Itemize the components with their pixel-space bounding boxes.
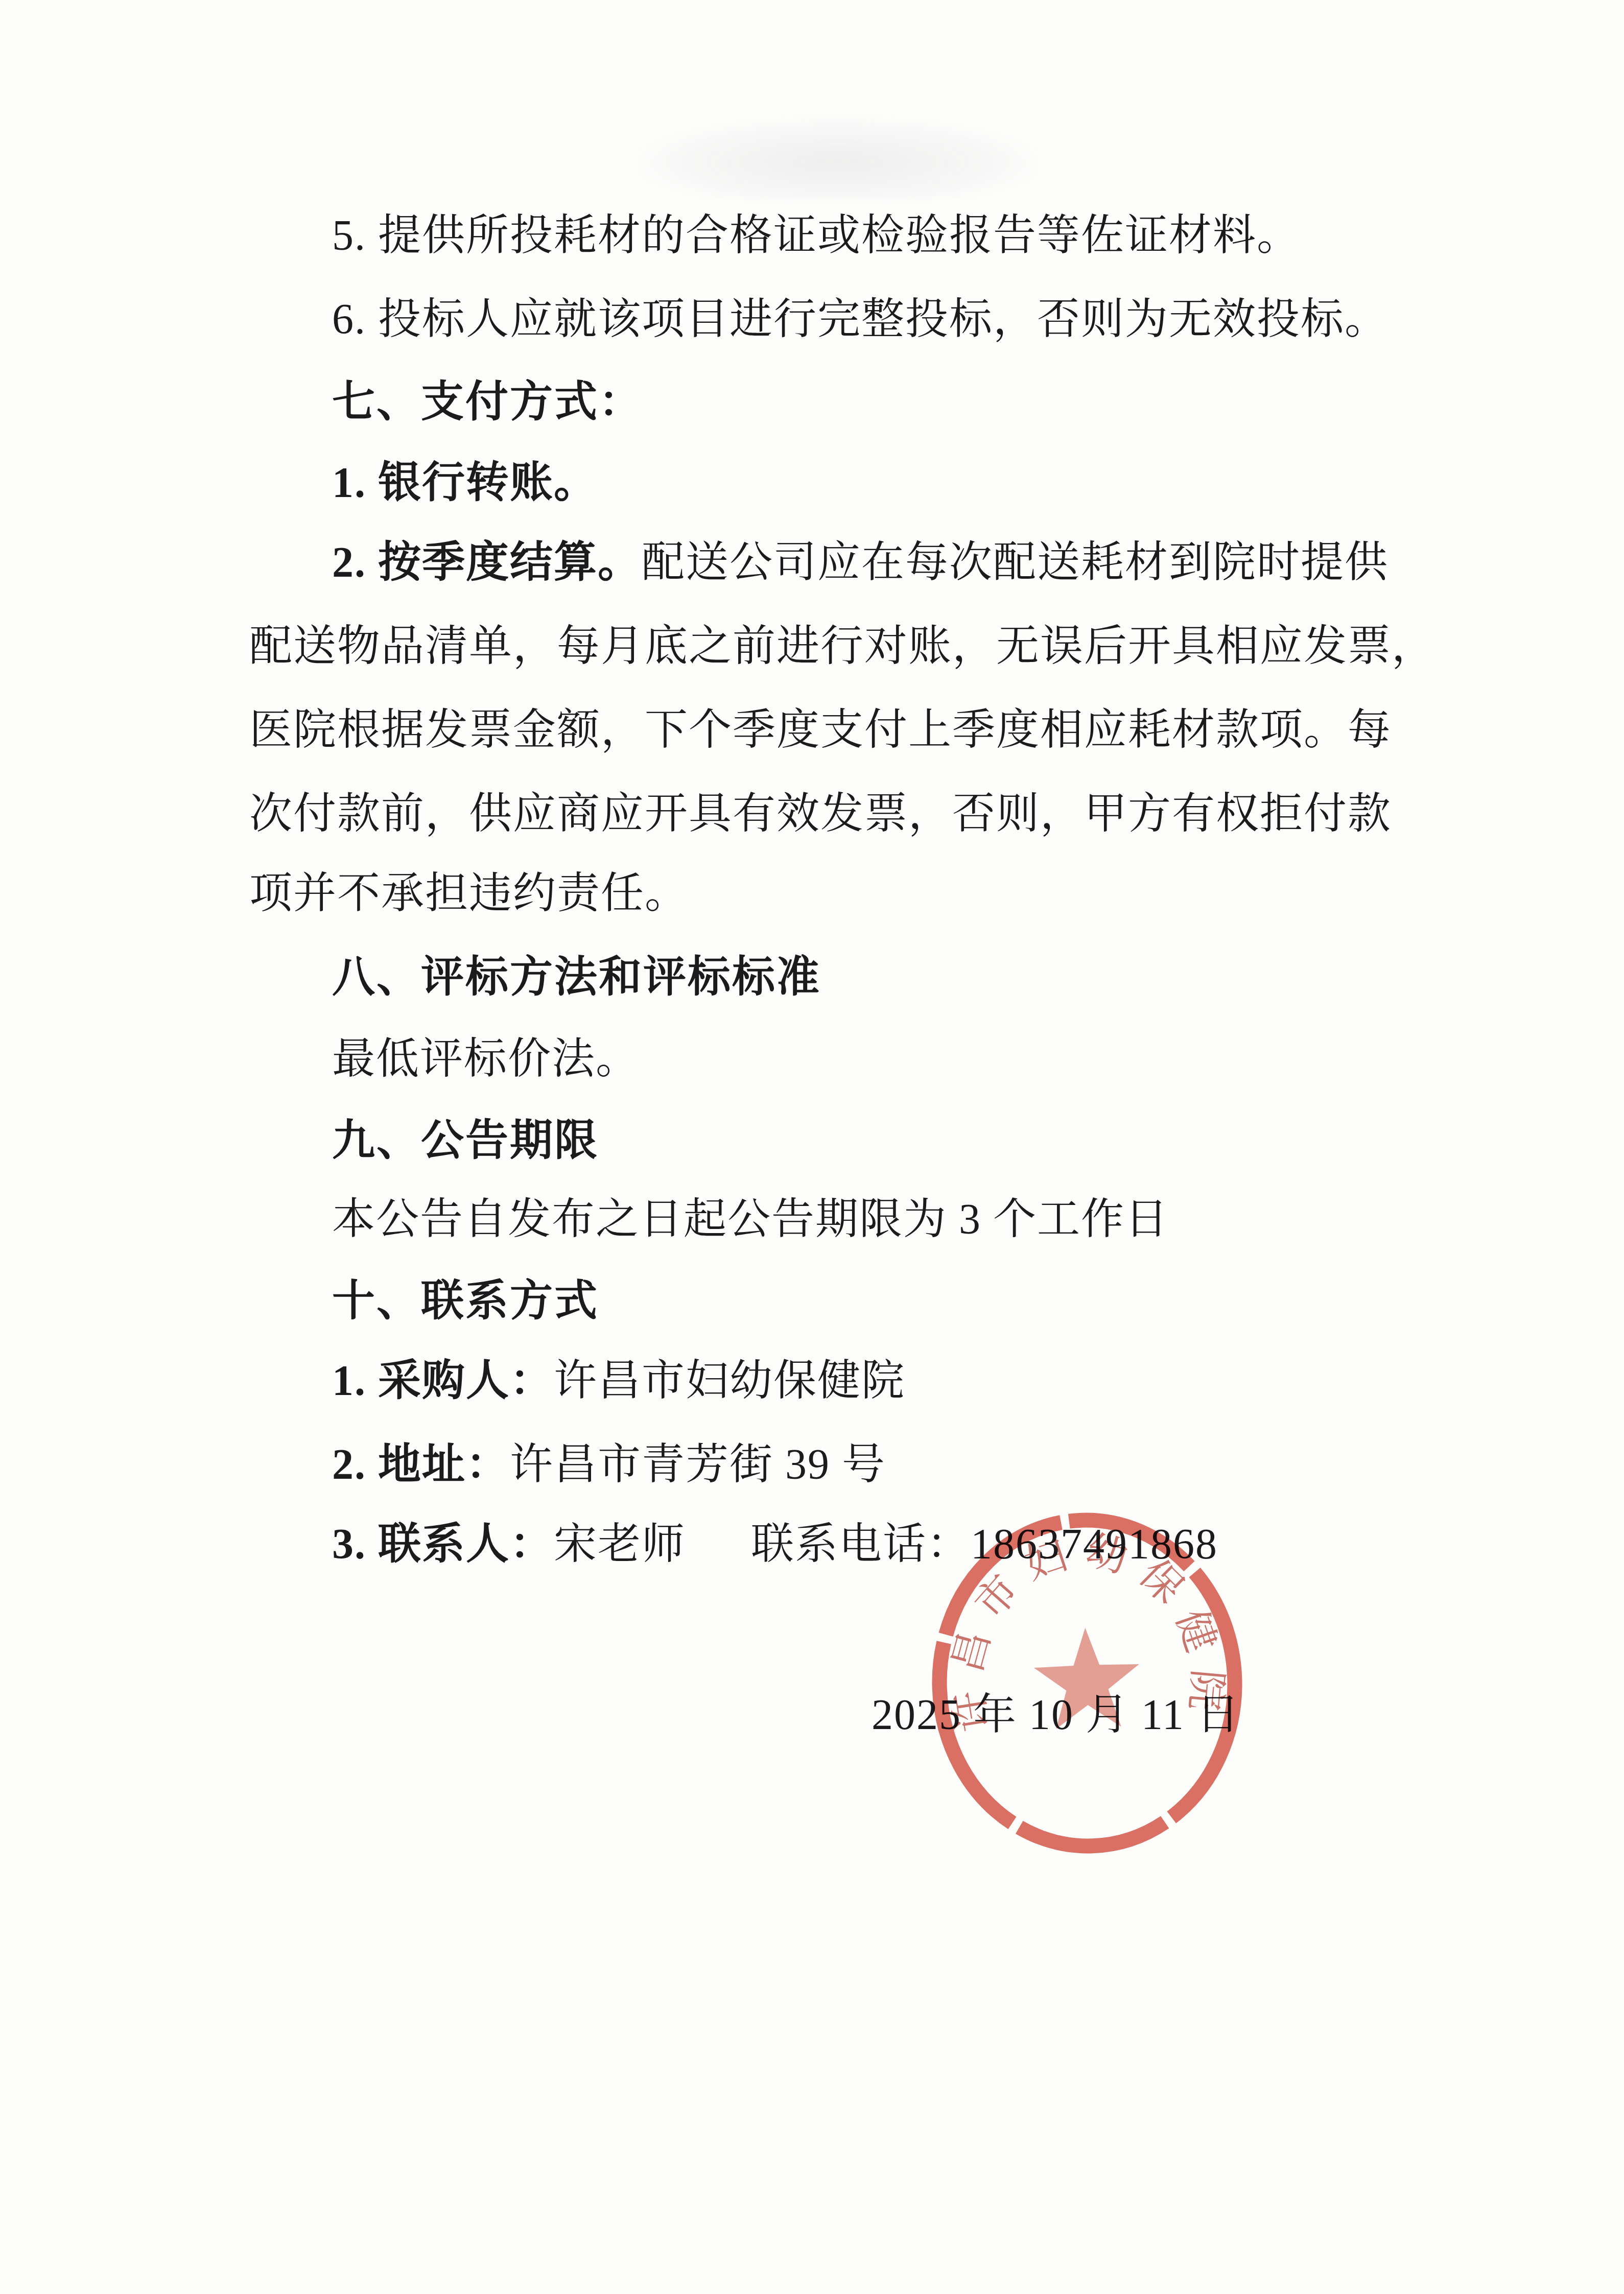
seal-star-icon — [1032, 1626, 1141, 1730]
address-value: 许昌市青芳街 39 号 — [510, 1441, 886, 1488]
contact-person-value: 宋老师 — [554, 1521, 686, 1568]
document-page: 5. 提供所投耗材的合格证或检验报告等佐证材料。 6. 投标人应就该项目进行完整… — [0, 0, 1624, 2294]
contact-purchaser-line: 1. 采购人：许昌市妇幼保健院 — [332, 1355, 905, 1408]
payment-item-1: 1. 银行转账。 — [332, 457, 598, 510]
section-7-heading: 七、支付方式： — [332, 376, 643, 429]
section-8-heading: 八、评标方法和评标标准 — [332, 951, 821, 1004]
contact-address-line: 2. 地址：许昌市青芳街 39 号 — [332, 1438, 886, 1492]
contact-person-label: 3. 联系人： — [332, 1521, 554, 1568]
payment-item-2-line-3: 医院根据发票金额，下个季度支付上季度相应耗材款项。每 — [249, 704, 1392, 757]
address-label: 2. 地址： — [332, 1441, 510, 1488]
payment-item-2-text: 配送公司应在每次配送耗材到院时提供 — [642, 539, 1388, 586]
section-8-body: 最低评标价法。 — [332, 1033, 640, 1086]
payment-item-2-label: 2. 按季度结算。 — [332, 539, 642, 586]
payment-item-2-line-4: 次付款前，供应商应开具有效发票，否则，甲方有权拒付款 — [249, 788, 1392, 841]
clause-item-6: 6. 投标人应就该项目进行完整投标，否则为无效投标。 — [332, 293, 1388, 346]
section-10-heading: 十、联系方式 — [332, 1275, 599, 1328]
purchaser-label: 1. 采购人： — [332, 1357, 554, 1405]
section-9-body: 本公告自发布之日起公告期限为 3 个工作日 — [332, 1193, 1169, 1246]
payment-item-2-line-1: 2. 按季度结算。配送公司应在每次配送耗材到院时提供 — [332, 536, 1388, 589]
section-9-heading: 九、公告期限 — [332, 1115, 599, 1168]
scan-smudge — [639, 117, 1037, 199]
clause-item-5: 5. 提供所投耗材的合格证或检验报告等佐证材料。 — [332, 209, 1301, 263]
purchaser-value: 许昌市妇幼保健院 — [554, 1357, 905, 1405]
official-seal: 许昌市妇幼保健院 4110020039759 — [922, 1505, 1252, 1860]
payment-item-2-line-5: 项并不承担违约责任。 — [249, 867, 689, 920]
payment-item-2-line-2: 配送物品清单，每月底之前进行对账，无误后开具相应发票， — [249, 620, 1435, 673]
